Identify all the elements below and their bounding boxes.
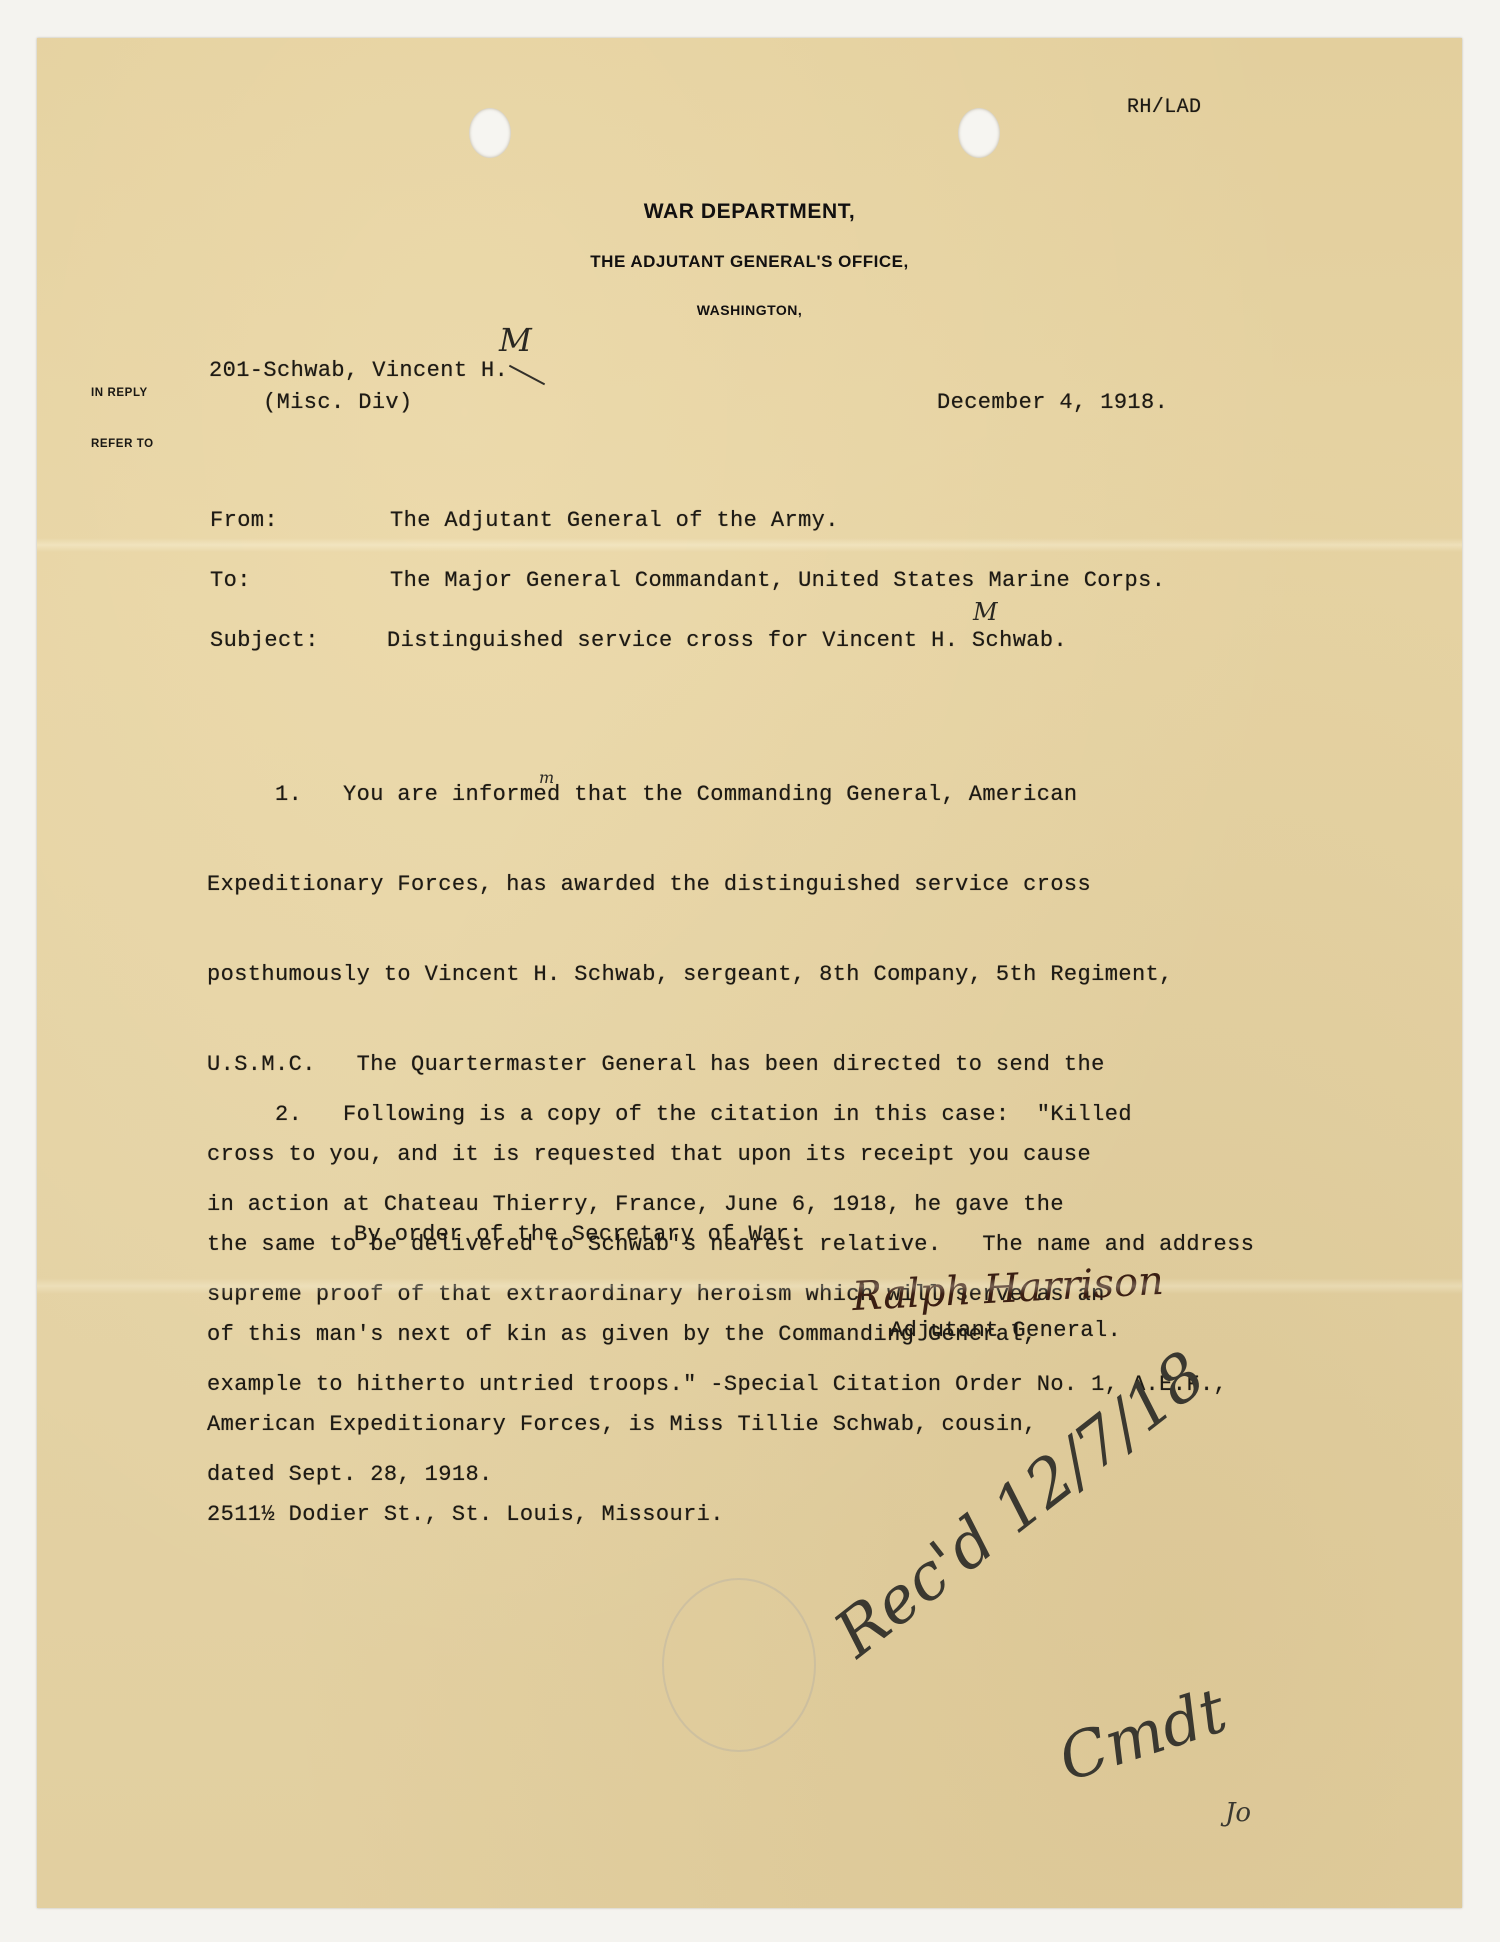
paragraph-1-line: 1. You are informed that the Commanding … (207, 780, 1254, 810)
reference-number: 201-Schwab, Vincent H. (209, 358, 508, 383)
letter-page: RH/LAD WAR DEPARTMENT, THE ADJUTANT GENE… (37, 38, 1462, 1908)
reply-label-line2: REFER TO (91, 436, 154, 453)
file-code: RH/LAD (1127, 96, 1201, 119)
paragraph-1-line: Expeditionary Forces, has awarded the di… (207, 870, 1254, 900)
paragraph-1-line: posthumously to Vincent H. Schwab, serge… (207, 960, 1254, 990)
letterhead-department: WAR DEPARTMENT, (37, 200, 1462, 224)
from-value: The Adjutant General of the Army. (390, 508, 839, 533)
closing-line: By order of the Secretary of War: (354, 1222, 803, 1247)
letter-date: December 4, 1918. (937, 390, 1168, 415)
paragraph-2-line: example to hitherto untried troops." -Sp… (207, 1370, 1227, 1400)
handwritten-correction-subject: M (973, 598, 998, 626)
paragraph-2-line: in action at Chateau Thierry, France, Ju… (207, 1190, 1227, 1220)
strikethrough-mark (509, 365, 545, 386)
to-value: The Major General Commandant, United Sta… (390, 568, 1165, 593)
punch-hole-left (469, 108, 511, 158)
punch-hole-right (958, 108, 1000, 158)
subject-value: Distinguished service cross for Vincent … (387, 628, 1067, 653)
reference-division: (Misc. Div) (263, 390, 413, 415)
from-label: From: (210, 508, 278, 533)
faded-stamp (662, 1578, 816, 1752)
reply-label-line1: IN REPLY (91, 385, 154, 402)
pencil-initials: Cmdt (1050, 1673, 1235, 1795)
pencil-mark: Jo (1225, 1798, 1251, 1828)
letterhead-office: THE ADJUTANT GENERAL'S OFFICE, (37, 252, 1462, 272)
signatory-title: Adjutant General. (890, 1318, 1121, 1343)
reply-label: IN REPLY REFER TO (91, 351, 154, 487)
handwritten-correction-paragraph: m (539, 768, 554, 787)
to-label: To: (210, 568, 251, 593)
paragraph-2-line: 2. Following is a copy of the citation i… (207, 1100, 1227, 1130)
letterhead-city: WASHINGTON, (37, 302, 1462, 318)
subject-label: Subject: (210, 628, 319, 653)
handwritten-correction-reference: M (499, 321, 532, 359)
